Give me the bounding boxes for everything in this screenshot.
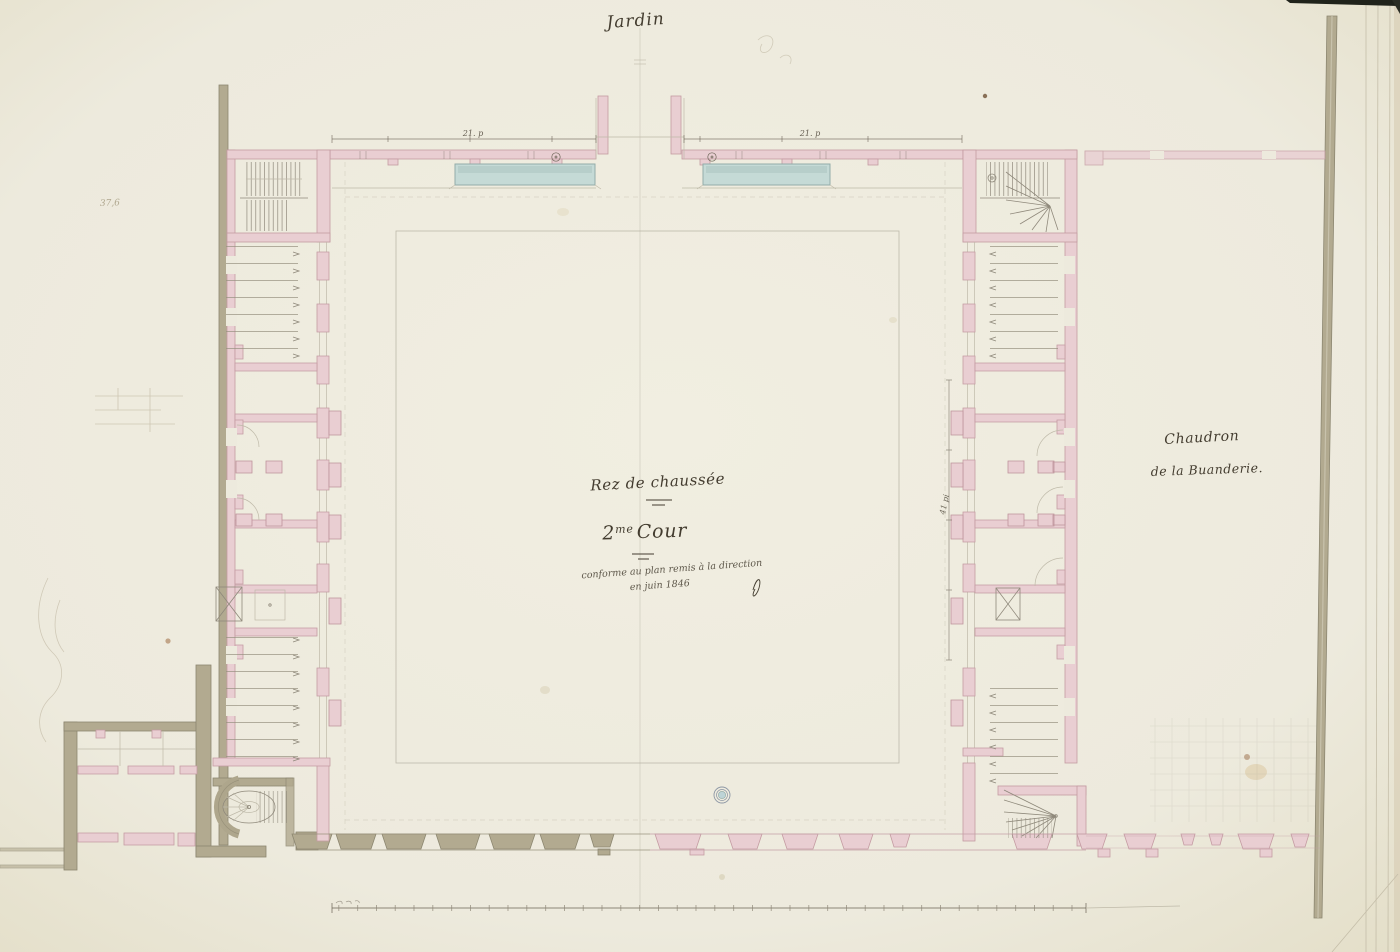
paper-edge [1394,0,1400,952]
garden-label: Jardin [603,9,666,33]
dimension-label: 21. p [462,129,483,138]
gate-pier [671,96,681,154]
pencil-note: 37,6 [100,198,121,209]
plan-sheet: Jardin Rez de chaussée 2meCour conforme … [0,0,1400,952]
courtyard-label: 2meCour [601,519,689,544]
courtyard-well [714,787,730,803]
gate-pier [598,96,608,154]
floor-plan-drawing: Jardin Rez de chaussée 2meCour conforme … [0,0,1400,952]
dimension-label: 21. p [799,129,820,138]
